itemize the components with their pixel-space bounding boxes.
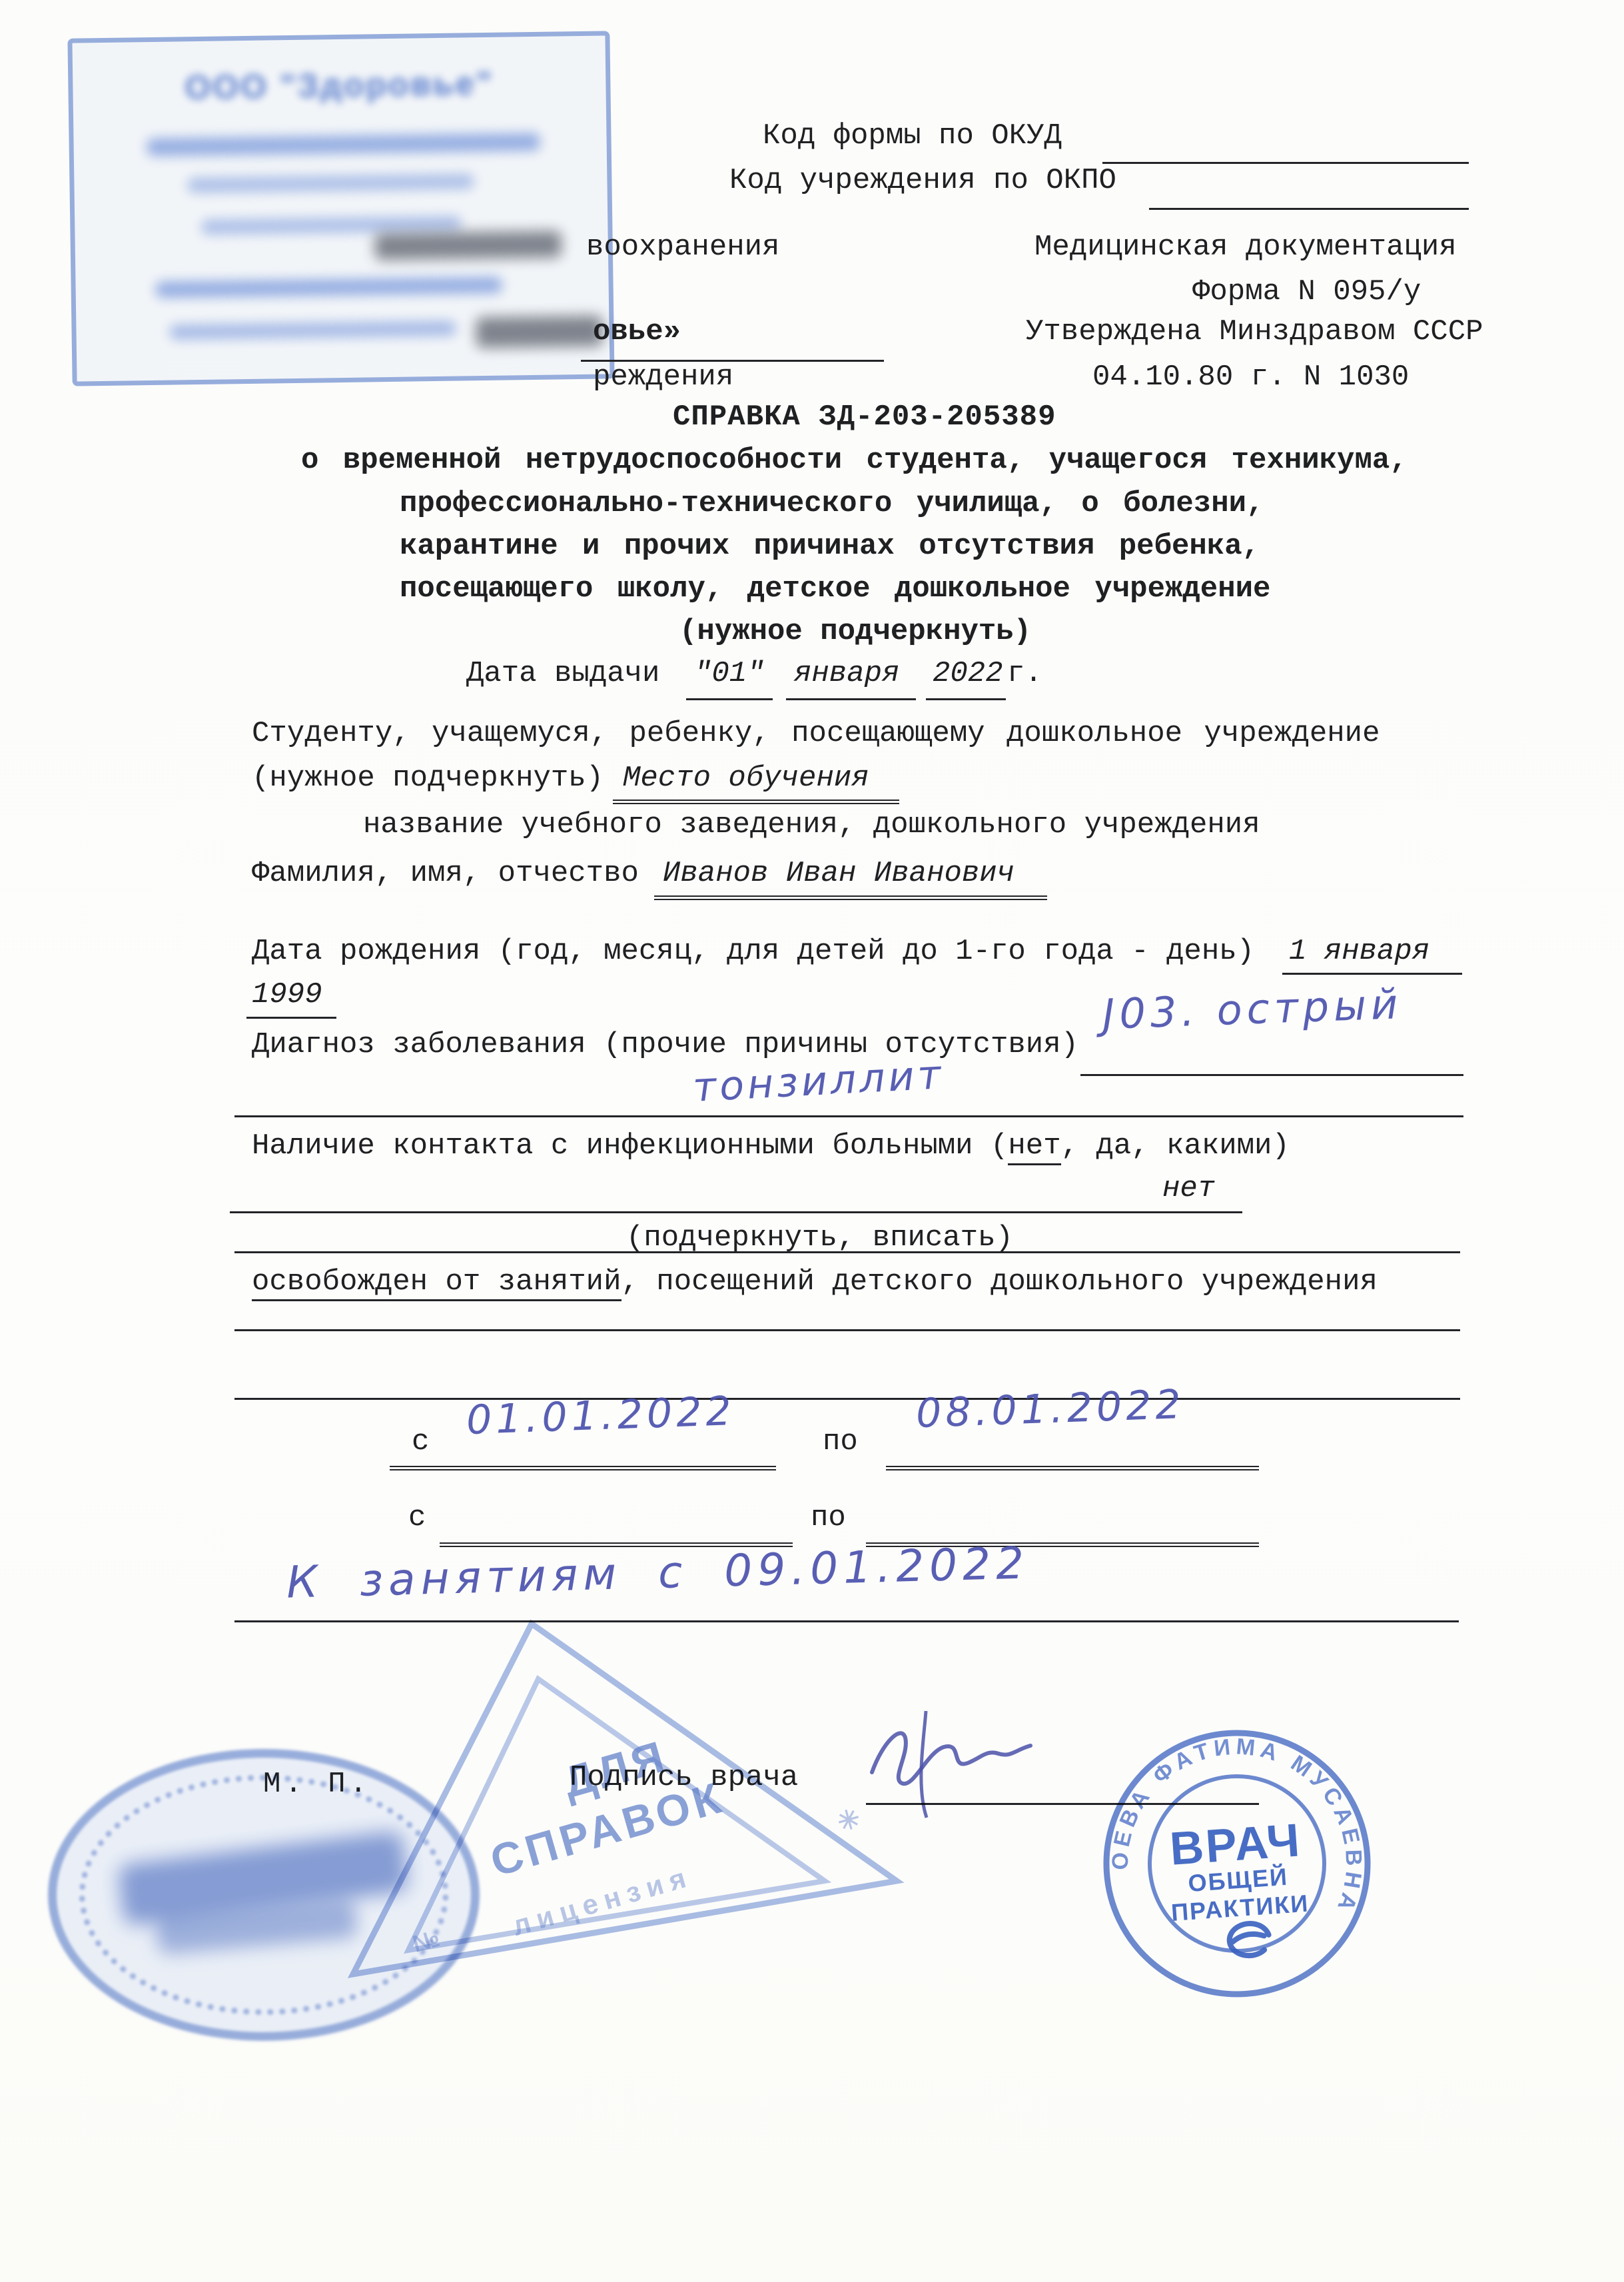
- med-doc-label: Медицинская документация: [1034, 230, 1457, 265]
- blank-line: [234, 1329, 1460, 1331]
- title-line-3: профессионально-технического училища, о …: [400, 486, 1264, 522]
- title-line-4: карантине и прочих причинах отсутствия р…: [400, 529, 1260, 564]
- stamp-blur-line: [201, 216, 461, 234]
- okud-label: Код формы по ОКУД: [763, 119, 1062, 154]
- study-place-value: Место обучения: [623, 761, 869, 796]
- birthdate-underline-2: [246, 1017, 336, 1019]
- blank-line: [234, 1251, 1460, 1253]
- birthdate-label: Дата рождения (год, месяц, для детей до …: [252, 934, 1254, 969]
- period1-from-label: с: [412, 1425, 429, 1460]
- stamp-blur-line: [187, 174, 474, 193]
- contact-label-pre: Наличие контакта с инфекционными больным…: [252, 1129, 1008, 1163]
- birthdate-value-1: 1 января: [1289, 934, 1429, 969]
- released-underlined: освобожден от занятий: [252, 1265, 621, 1301]
- org-name-fragment: овье»: [593, 314, 681, 350]
- issue-year-underline: [926, 698, 1006, 700]
- org-caption-fragment: реждения: [593, 360, 733, 395]
- issue-month-value: января: [794, 656, 899, 692]
- period1-to-value: 08.01.2022: [915, 1381, 1186, 1437]
- contact-option-no: нет: [1008, 1129, 1060, 1165]
- stamp-blur-line: [147, 133, 540, 156]
- period1-to-underline: [886, 1466, 1259, 1470]
- issue-month-underline: [786, 698, 916, 700]
- period1-to-label: по: [823, 1425, 858, 1460]
- diagnosis-label: Диагноз заболевания (прочие причины отсу…: [252, 1027, 1078, 1063]
- name-underline: [654, 895, 1047, 900]
- approved-date: 04.10.80 г. N 1030: [1092, 360, 1409, 395]
- certificate-title: СПРАВКА ЗД-203-205389: [673, 400, 1056, 435]
- student-line: Студенту, учащемуся, ребенку, посещающем…: [252, 716, 1380, 752]
- study-place-caption: название учебного заведения, дошкольного…: [363, 808, 1260, 843]
- okpo-blank-line: [1149, 208, 1469, 210]
- form-number: Форма N 095/у: [1192, 275, 1421, 310]
- period2-to-label: по: [811, 1500, 846, 1536]
- ministry-text-fragment: воохранения: [586, 230, 779, 265]
- student-note: (нужное подчеркнуть): [252, 761, 604, 796]
- contact-answer-underline: [230, 1211, 1242, 1213]
- doctor-round-stamp: ДЕГОЕВА ФАТИМА МУСАЕВНА ВРАЧ ОБЩЕЙ ПРАКТ…: [1084, 1711, 1390, 2017]
- released-rest: , посещений детского дошкольного учрежде…: [621, 1265, 1378, 1299]
- contact-caption: (подчеркнуть, вписать): [626, 1221, 1013, 1256]
- document-page: ООО "Здоровье" Код формы по ОКУД Код учр…: [0, 0, 1624, 2282]
- title-underline-note: (нужное подчеркнуть): [679, 614, 1031, 650]
- issue-day-value: "01": [694, 656, 765, 692]
- triangle-stamp-star: ✳: [834, 1804, 863, 1838]
- period1-from-value: 01.01.2022: [466, 1388, 736, 1444]
- license-triangle-stamp: ДЛЯ СПРАВОК лицензия № ✳: [318, 1609, 918, 1996]
- period2-from-label: с: [408, 1500, 426, 1536]
- name-label: Фамилия, имя, отчество: [252, 856, 639, 891]
- issue-date-label: Дата выдачи: [466, 656, 659, 692]
- issue-year-value: 2022: [933, 656, 1003, 692]
- contact-label-post: , да, какими): [1061, 1129, 1290, 1163]
- released-line: освобожден от занятий, посещений детског…: [252, 1265, 1378, 1300]
- period1-from-underline: [390, 1466, 776, 1470]
- stamp-blur-line: [169, 321, 456, 340]
- diagnosis-underline-1: [1080, 1074, 1463, 1076]
- birthdate-value-2: 1999: [252, 977, 322, 1013]
- approved-by: Утверждена Минздравом СССР: [1026, 314, 1483, 350]
- birthdate-underline-1: [1282, 973, 1462, 975]
- obscured-text-blob: [476, 316, 603, 348]
- title-line-2: о временной нетрудоспособности студента,…: [301, 443, 1408, 478]
- name-value: Иванов Иван Иванович: [663, 856, 1015, 891]
- organization-stamp: ООО "Здоровье": [67, 31, 614, 386]
- obscured-text-blob: [375, 231, 562, 260]
- contact-label: Наличие контакта с инфекционными больным…: [252, 1129, 1290, 1164]
- diagnosis-underline-2: [234, 1115, 1463, 1117]
- study-place-underline: [613, 800, 899, 804]
- okpo-label: Код учреждения по ОКПО: [729, 163, 1116, 199]
- return-note-handwritten: К занятиям с 09.01.2022: [286, 1537, 1030, 1608]
- contact-answer: нет: [1162, 1171, 1215, 1207]
- title-line-5: посещающего школу, детское дошкольное уч…: [400, 572, 1270, 607]
- blank-line: [234, 1398, 1460, 1400]
- stamp-blur-line: [156, 277, 502, 298]
- triangle-stamp-number-sign: №: [410, 1924, 443, 1958]
- okud-blank-line: [1102, 162, 1469, 164]
- issue-year-suffix: г.: [1007, 656, 1042, 692]
- organization-stamp-name: ООО "Здоровье": [73, 62, 606, 108]
- issue-day-underline: [686, 698, 773, 700]
- diagnosis-handwritten-1: J03. острый: [1102, 979, 1404, 1039]
